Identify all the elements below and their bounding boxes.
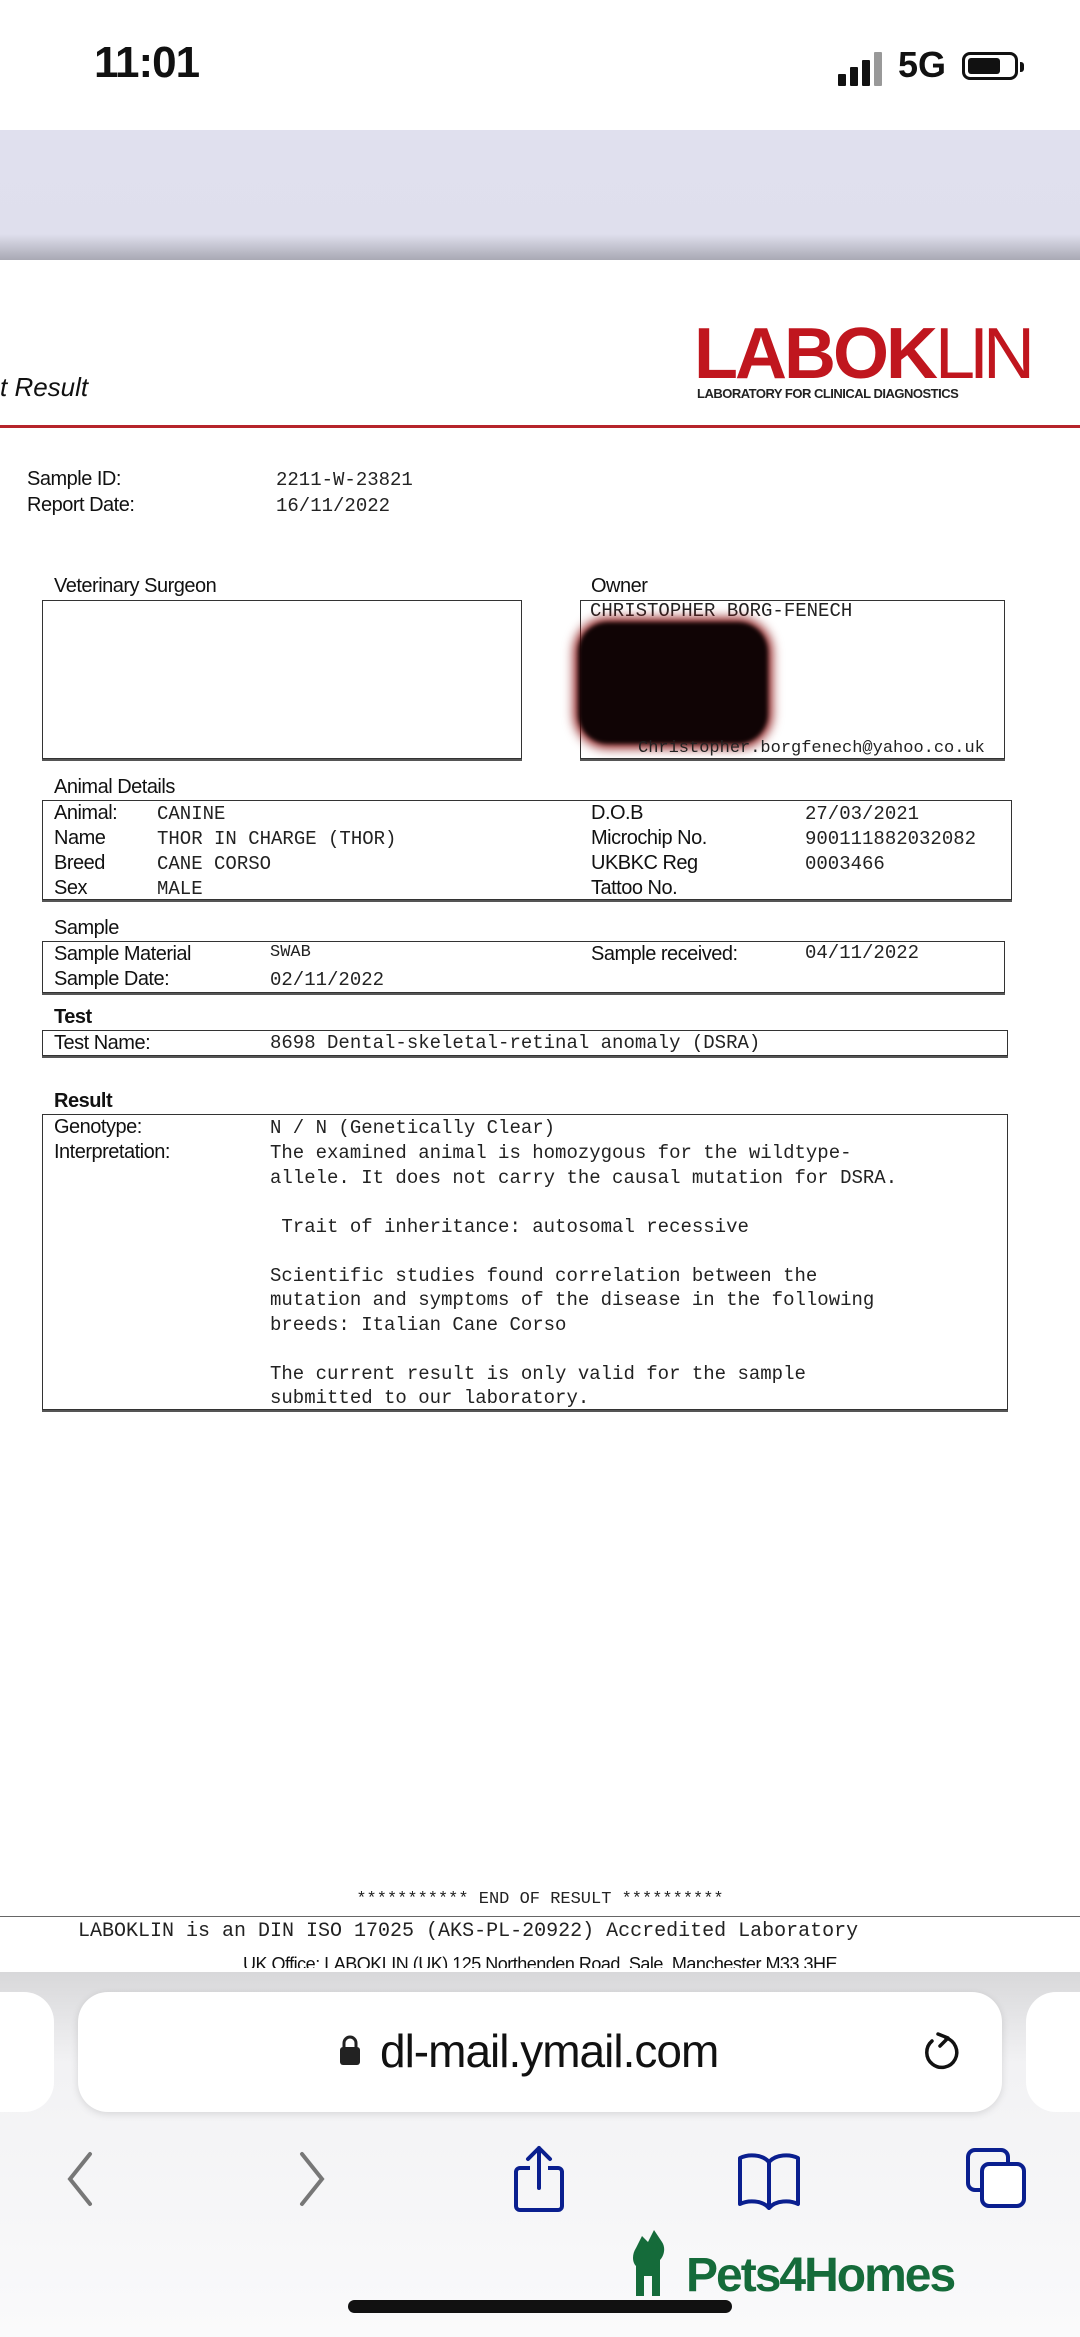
owner-email: Christopher.borgfenech@yahoo.co.uk: [638, 739, 985, 758]
status-time: 11:01: [94, 38, 199, 88]
owner-heading: Owner: [591, 575, 647, 598]
test-name-label: Test Name:: [54, 1032, 150, 1055]
logo-thin: LIN: [935, 314, 1029, 394]
ukbkc-value: 0003466: [805, 853, 885, 875]
result-heading: Result: [54, 1090, 112, 1113]
lock-icon: [338, 2034, 362, 2066]
home-indicator: [348, 2300, 732, 2313]
network-type: 5G: [898, 44, 946, 86]
logo-bold: LABOK: [694, 314, 935, 394]
back-icon[interactable]: [62, 2150, 96, 2208]
forward-icon[interactable]: [296, 2150, 330, 2208]
sample-received-label: Sample received:: [591, 943, 738, 966]
vet-box: [42, 600, 522, 759]
redacted-address: [578, 622, 768, 744]
previous-tab-preview[interactable]: [0, 1992, 54, 2112]
vet-heading: Veterinary Surgeon: [54, 575, 216, 598]
sample-id-label: Sample ID:: [27, 468, 121, 491]
sex-value: MALE: [157, 878, 203, 900]
microchip-label: Microchip No.: [591, 827, 707, 850]
dob-value: 27/03/2021: [805, 803, 919, 825]
bookmarks-icon[interactable]: [734, 2150, 804, 2210]
animal-value: CANINE: [157, 803, 225, 825]
test-name-value: 8698 Dental-skeletal-retinal anomaly (DS…: [270, 1032, 760, 1054]
signal-icon: [838, 52, 886, 86]
pets4homes-logo-icon: [628, 2226, 688, 2296]
animal-label: Animal:: [54, 802, 117, 825]
breed-label: Breed: [54, 852, 105, 875]
reload-icon[interactable]: [918, 2030, 964, 2076]
report-date-value: 16/11/2022: [276, 495, 390, 517]
interpretation-label: Interpretation:: [54, 1141, 170, 1164]
sample-date-value: 02/11/2022: [270, 969, 384, 991]
ukbkc-label: UKBKC Reg: [591, 852, 698, 875]
interpretation-text: The examined animal is homozygous for th…: [270, 1141, 897, 1411]
sample-material-label: Sample Material: [54, 943, 191, 966]
name-label: Name: [54, 827, 105, 850]
dob-label: D.O.B: [591, 802, 643, 825]
battery-icon: [962, 52, 1018, 80]
laboklin-logo: LABOKLIN: [694, 318, 1029, 390]
animal-heading: Animal Details: [54, 776, 175, 799]
sample-material-value: SWAB: [270, 943, 311, 962]
status-bar: 11:01 5G: [0, 0, 1080, 130]
pets4homes-watermark: Pets4Homes: [686, 2248, 954, 2303]
genotype-value: N / N (Genetically Clear): [270, 1117, 555, 1139]
tattoo-label: Tattoo No.: [591, 877, 677, 900]
report-date-label: Report Date:: [27, 494, 134, 517]
sex-label: Sex: [54, 877, 87, 900]
name-value: THOR IN CHARGE (THOR): [157, 828, 396, 850]
document-title: t Result: [0, 372, 88, 403]
pdf-viewer-header: [0, 130, 1080, 260]
tabs-icon[interactable]: [964, 2146, 1028, 2210]
office-address: UK Office: LABOKLIN (UK) 125 Northenden …: [0, 1954, 1080, 1968]
owner-name: CHRISTOPHER BORG-FENECH: [590, 600, 852, 622]
breed-value: CANE CORSO: [157, 853, 271, 875]
genotype-label: Genotype:: [54, 1116, 142, 1139]
microchip-value: 900111882032082: [805, 828, 976, 850]
accreditation-text: LABOKLIN is an DIN ISO 17025 (AKS-PL-209…: [78, 1920, 858, 1943]
sample-heading: Sample: [54, 917, 119, 940]
sample-received-value: 04/11/2022: [805, 942, 919, 964]
test-heading: Test: [54, 1006, 92, 1029]
next-tab-preview[interactable]: [1026, 1992, 1080, 2112]
url-text[interactable]: dl-mail.ymail.com: [380, 2024, 718, 2078]
sample-date-label: Sample Date:: [54, 968, 169, 991]
end-of-result: *********** END OF RESULT **********: [0, 1890, 1080, 1909]
share-icon[interactable]: [510, 2144, 568, 2214]
sample-id-value: 2211-W-23821: [276, 469, 413, 491]
header-divider: [0, 425, 1080, 428]
footer-divider: [0, 1916, 1080, 1917]
logo-subtitle: LABORATORY FOR CLINICAL DIAGNOSTICS: [697, 386, 958, 401]
